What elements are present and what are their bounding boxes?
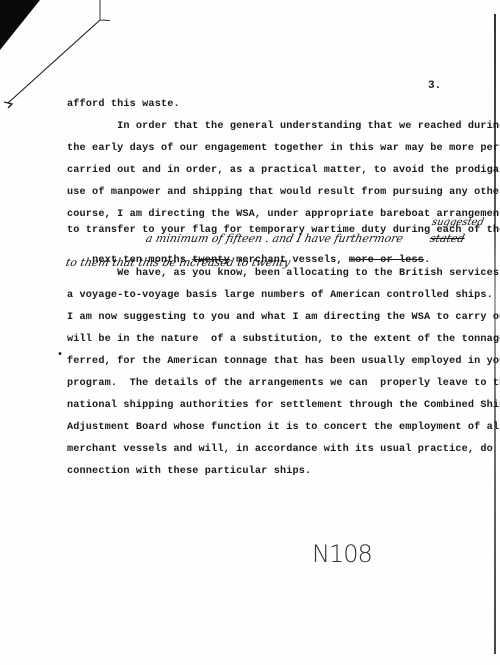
handwritten-reference-mark: N108 bbox=[312, 540, 372, 568]
struck-text: more or less bbox=[349, 255, 424, 266]
typed-line: Adjustment Board whose function it is to… bbox=[67, 422, 500, 433]
typed-line: program. The details of the arrangements… bbox=[67, 378, 500, 389]
handwritten-struck-word: stated bbox=[429, 232, 466, 245]
typed-line: the early days of our engagement togethe… bbox=[67, 143, 500, 154]
typed-line: In order that the general understanding … bbox=[67, 121, 500, 132]
fold-line-icon bbox=[0, 0, 110, 110]
stray-mark: • bbox=[57, 350, 63, 361]
typed-line: national shipping authorities for settle… bbox=[67, 400, 500, 411]
amended-suffix: . bbox=[424, 255, 430, 266]
typed-line: merchant vessels and will, in accordance… bbox=[67, 444, 500, 455]
page-number: 3. bbox=[428, 80, 441, 92]
typed-line: I am now suggesting to you and what I am… bbox=[67, 312, 500, 323]
typed-line: connection with these particular ships. bbox=[67, 466, 311, 477]
typed-line: afford this waste. bbox=[67, 99, 180, 110]
document-page: 3. afford this waste. In order that the … bbox=[0, 0, 500, 665]
typed-line: a voyage-to-voyage basis large numbers o… bbox=[67, 290, 500, 301]
handwritten-margin-insert: suggested bbox=[431, 217, 485, 228]
typed-line: use of manpower and shipping that would … bbox=[67, 187, 500, 198]
typed-line: ferred, for the American tonnage that ha… bbox=[67, 356, 500, 367]
typed-line: will be in the nature of a substitution,… bbox=[67, 334, 500, 345]
typed-line: We have, as you know, been allocating to… bbox=[67, 268, 500, 279]
typed-line: carried out and in order, as a practical… bbox=[67, 165, 500, 176]
